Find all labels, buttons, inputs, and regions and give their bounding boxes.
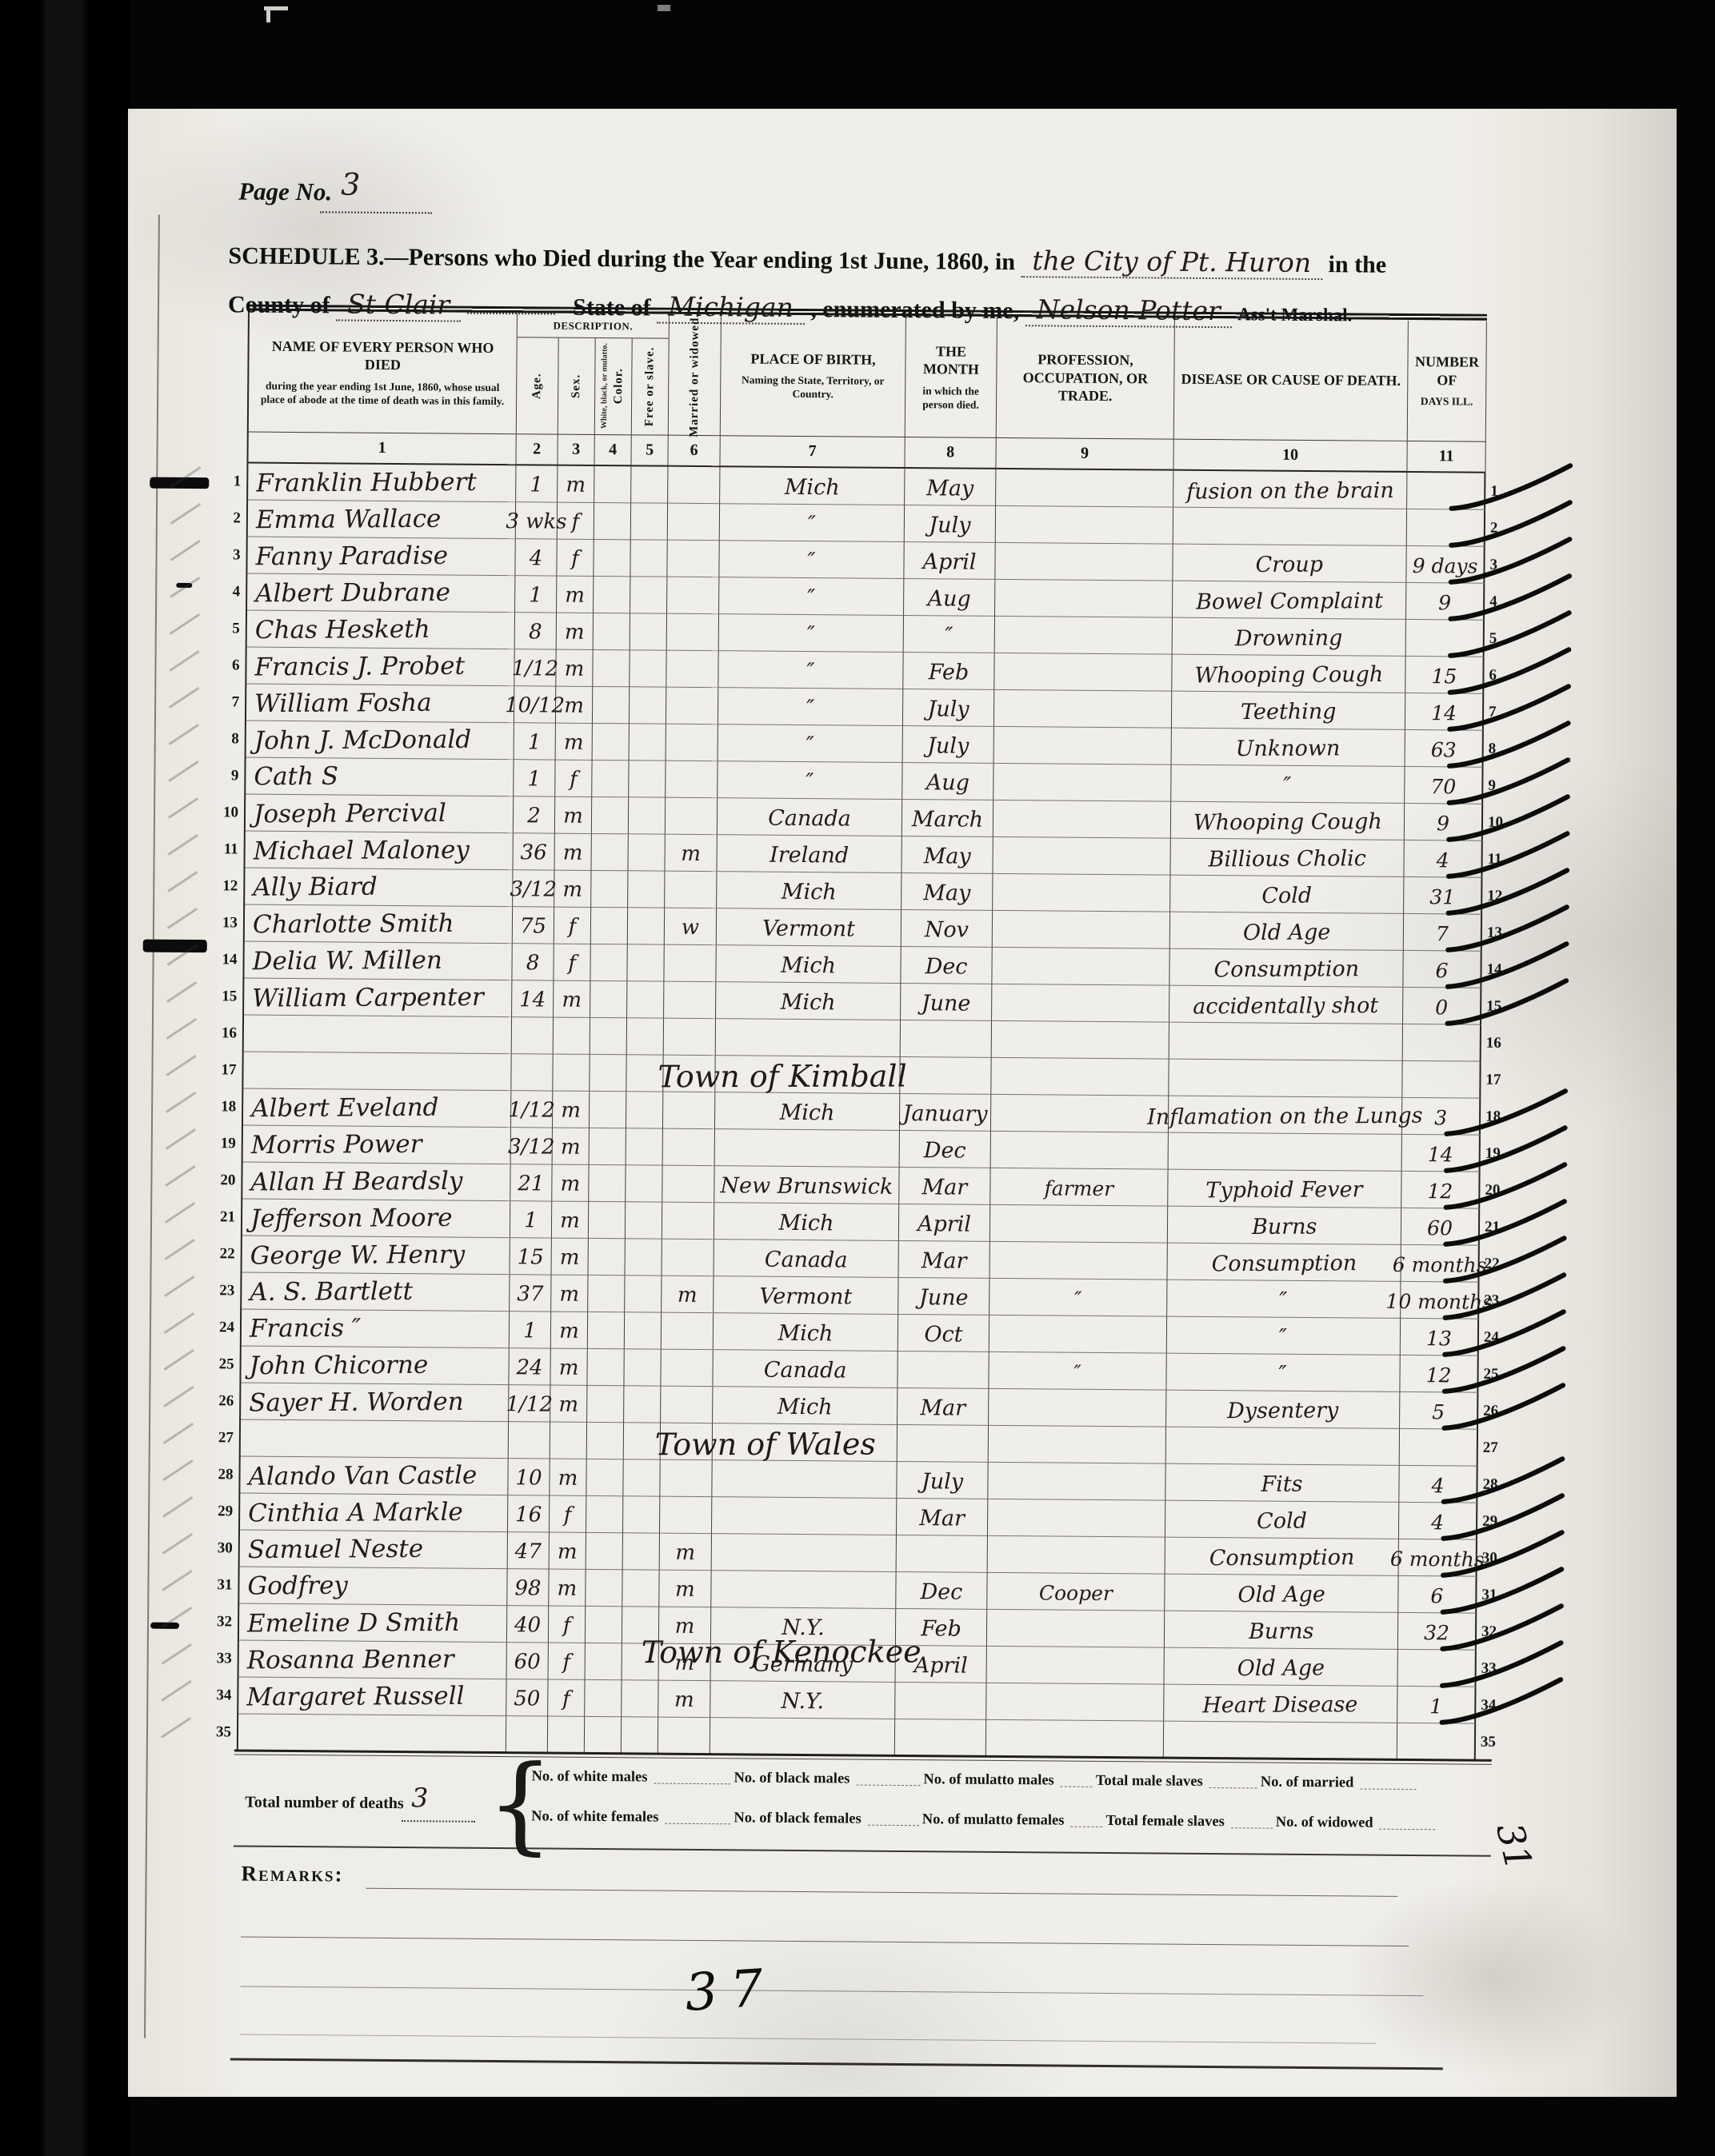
- row-number-right: 22: [1479, 1246, 1525, 1283]
- row-number-right: 2: [1485, 510, 1532, 547]
- totals-item: No. of married: [1261, 1775, 1354, 1792]
- cell-age: 1: [510, 1312, 551, 1348]
- margin-hatch-mark: [169, 724, 199, 745]
- value-disease: accidentally shot: [1193, 995, 1379, 1017]
- value-name: Franklin Hubbert: [256, 470, 477, 497]
- township-annotation: Town of Kenockee: [642, 1634, 1057, 1671]
- value-name: John J. McDonald: [254, 728, 472, 754]
- value-disease: Burns: [1249, 1620, 1314, 1642]
- cell-month: Mar: [897, 1388, 989, 1426]
- cell-days: 6: [1403, 951, 1481, 988]
- cell-age: 15: [510, 1238, 552, 1275]
- cell-married: [666, 725, 718, 762]
- margin-hatch-mark: [162, 1533, 193, 1555]
- row-number-right: 12: [1482, 878, 1529, 915]
- cell-birth: Canada: [714, 1240, 899, 1278]
- cell-occupation: [996, 469, 1173, 508]
- row-number-left: 6: [213, 647, 246, 684]
- margin-hatch-mark: [170, 577, 200, 598]
- cell-married: m: [660, 1534, 712, 1571]
- cell-days: 4: [1399, 1466, 1477, 1503]
- cell-age: 1: [515, 576, 557, 613]
- margin-hatch-mark: [167, 908, 198, 929]
- cell-color: [588, 1276, 625, 1312]
- column-header-main: Married or widowed.: [687, 313, 702, 437]
- row-number-left: 7: [213, 684, 246, 721]
- cell-disease: Heart Disease: [1164, 1685, 1397, 1723]
- cell-month: Dec: [901, 947, 992, 984]
- value-month: Aug: [926, 772, 969, 793]
- total-deaths-rule: [402, 1820, 475, 1823]
- margin-hatch-mark: [165, 1239, 195, 1260]
- schedule-title-end: in the: [1328, 251, 1386, 278]
- cell-sex: m: [557, 577, 594, 613]
- cell-name: A. S. Bartlett: [242, 1273, 510, 1312]
- margin-hatch-mark: [166, 1128, 196, 1150]
- row-number-right: 1: [1485, 473, 1532, 510]
- value-days: 14: [1428, 1144, 1453, 1164]
- value-name: William Carpenter: [252, 985, 484, 1012]
- row-number-right: 16: [1481, 1025, 1528, 1062]
- value-sex: m: [558, 1395, 578, 1415]
- column-header-main: THE MONTH: [910, 342, 991, 379]
- cell-free: [622, 1570, 659, 1607]
- cell-age: 14: [512, 980, 554, 1017]
- cell-occupation: [989, 1242, 1167, 1280]
- value-name: Emeline D Smith: [247, 1611, 460, 1637]
- cell-married: m: [659, 1571, 711, 1608]
- value-days: 5: [1432, 1402, 1445, 1422]
- page-no-rule: [320, 211, 432, 214]
- cell-birth: Mich: [714, 1313, 898, 1351]
- margin-hatch-mark: [169, 687, 199, 709]
- value-sex: f: [562, 1652, 570, 1673]
- value-sex: m: [563, 843, 583, 864]
- cell-age: 1: [516, 465, 558, 502]
- cell-color: [594, 466, 631, 503]
- cell-married: [661, 1350, 713, 1387]
- description-header: DESCRIPTION.: [518, 313, 670, 338]
- value-sex: f: [568, 953, 576, 974]
- cell-occupation: ″: [989, 1352, 1166, 1391]
- value-days: 9: [1438, 593, 1451, 613]
- cell-days: 9: [1406, 583, 1485, 621]
- cell-age: 60: [507, 1643, 549, 1679]
- row-number-left: 1: [214, 463, 248, 500]
- value-days: 10 months: [1385, 1292, 1493, 1312]
- value-month: Nov: [925, 919, 969, 940]
- cell-married: [666, 761, 718, 799]
- value-age: 1/12: [508, 1100, 555, 1120]
- township-annotation: Town of Wales: [655, 1426, 1071, 1463]
- cell-disease: Drowning: [1173, 618, 1406, 657]
- cell-name: John J. McDonald: [246, 721, 514, 761]
- value-sex: f: [570, 769, 578, 790]
- row-number-left: 22: [209, 1236, 242, 1272]
- cell-month: Mar: [897, 1499, 988, 1536]
- cell-month: Feb: [903, 653, 994, 690]
- value-days: 31: [1429, 887, 1455, 907]
- value-birth: Mich: [781, 955, 836, 977]
- cell-disease: Burns: [1165, 1611, 1398, 1650]
- row-number-right: 10: [1483, 805, 1529, 841]
- cell-disease: Inflamation on the Lungs: [1169, 1096, 1402, 1135]
- cell-sex: m: [550, 1349, 587, 1386]
- cell-color: [590, 981, 627, 1018]
- schedule-title-text: SCHEDULE 3.—Persons who Died during the …: [228, 242, 1015, 275]
- cell-free: [630, 613, 667, 650]
- totals-rule: [856, 1784, 920, 1787]
- cell-color: [589, 1202, 626, 1239]
- cell-married: [666, 798, 718, 836]
- cell-birth: [715, 1129, 900, 1168]
- cell-free: [628, 834, 665, 871]
- column-header-vertical: Sex.: [558, 338, 596, 434]
- cell-name: Jefferson Moore: [242, 1200, 510, 1239]
- value-occupation: ″: [1073, 1363, 1081, 1383]
- cell-disease: Fits: [1165, 1464, 1399, 1503]
- cell-age: 98: [507, 1569, 549, 1606]
- cell-occupation: [996, 506, 1173, 545]
- cell-disease: Consumption: [1167, 1244, 1401, 1282]
- margin-hatch-mark: [163, 1423, 194, 1444]
- value-occupation: Cooper: [1039, 1583, 1113, 1603]
- cell-sex: m: [554, 834, 591, 871]
- cell-days: 0: [1403, 988, 1481, 1025]
- cell-sex: m: [550, 1386, 587, 1423]
- row-number-left: 9: [212, 757, 246, 794]
- totals-item: No. of white males: [532, 1768, 648, 1786]
- cell-name: Joseph Percival: [246, 795, 514, 834]
- cell-sex: m: [556, 687, 593, 724]
- cell-disease: Old Age: [1170, 912, 1404, 951]
- cell-birth: Mich: [720, 467, 905, 505]
- cell-sex: m: [556, 650, 593, 687]
- schedule-place-value: the City of Pt. Huron: [1021, 245, 1322, 280]
- value-age: 36: [521, 842, 547, 863]
- cell-days: 4: [1399, 1503, 1477, 1540]
- cell-days: 12: [1400, 1355, 1478, 1393]
- value-age: 1/12: [506, 1394, 553, 1415]
- cell-occupation: [993, 801, 1171, 839]
- cell-color: [585, 1717, 622, 1754]
- row-number-right: 31: [1477, 1577, 1523, 1614]
- row-number-right: 28: [1477, 1467, 1524, 1503]
- cell-sex: m: [556, 724, 593, 761]
- cell-name: [238, 1715, 506, 1754]
- cell-birth: Vermont: [717, 908, 901, 947]
- cell-sex: m: [553, 1128, 590, 1165]
- value-birth: ″: [806, 661, 814, 682]
- cell-sex: m: [551, 1312, 588, 1349]
- row-number-right: 33: [1477, 1651, 1523, 1687]
- cell-sex: m: [552, 1165, 589, 1202]
- cell-birth: ″: [718, 651, 903, 689]
- value-birth: Vermont: [762, 918, 855, 940]
- value-disease: Cold: [1257, 1511, 1307, 1532]
- total-deaths-value: 3: [411, 1782, 428, 1813]
- margin-hatch-mark: [162, 1570, 192, 1591]
- value-disease: Cold: [1261, 885, 1312, 907]
- column-header-vertical: White, black, or mulatto.Color.: [595, 338, 633, 434]
- value-age: 15: [518, 1247, 544, 1268]
- cell-color: [593, 724, 630, 761]
- cell-disease: Consumption: [1165, 1538, 1399, 1576]
- column-header: DISEASE OR CAUSE OF DEATH.: [1174, 319, 1409, 441]
- value-days: 15: [1431, 666, 1457, 686]
- page-no-value: 3: [341, 166, 361, 202]
- cell-color: [594, 503, 631, 540]
- cell-free: [626, 1092, 663, 1128]
- value-sex: m: [561, 1100, 581, 1121]
- cell-age: 2: [514, 797, 555, 833]
- margin-hatch-mark: [166, 1018, 197, 1040]
- margin-hatch-mark: [167, 871, 198, 892]
- margin-hatch-mark: [165, 1202, 195, 1224]
- margin-hatch-mark: [170, 503, 201, 525]
- cell-occupation: [993, 837, 1170, 876]
- column-number: 8: [905, 437, 996, 469]
- cell-birth: Ireland: [717, 835, 901, 873]
- value-sex: m: [559, 1321, 579, 1342]
- cell-month: [901, 1020, 992, 1058]
- cell-days: [1397, 1723, 1476, 1761]
- cell-sex: m: [554, 981, 590, 1018]
- cell-color: [586, 1459, 623, 1496]
- value-month: July: [921, 1471, 963, 1492]
- cell-age: 3/12: [513, 870, 554, 907]
- value-disease: Dysentery: [1227, 1399, 1338, 1422]
- cell-married: [668, 467, 720, 505]
- cell-days: [1407, 473, 1485, 510]
- cell-month: Dec: [900, 1131, 991, 1168]
- column-number: 11: [1407, 441, 1485, 473]
- row-number-right: 9: [1483, 768, 1529, 805]
- row-number-right: 30: [1477, 1540, 1524, 1577]
- row-number-left: 11: [211, 831, 245, 868]
- cell-disease: [1173, 508, 1407, 546]
- value-month: June: [921, 992, 971, 1014]
- value-sex: m: [564, 733, 584, 753]
- value-age: 21: [518, 1173, 544, 1194]
- cell-free: [630, 650, 666, 687]
- column-header-main: Sex.: [570, 374, 583, 398]
- row-number-left: 5: [214, 610, 247, 647]
- value-name: Cinthia A Markle: [248, 1500, 463, 1527]
- cell-name: Charlotte Smith: [245, 905, 513, 944]
- value-month: Aug: [927, 588, 970, 609]
- cell-name: Francis ″: [242, 1310, 510, 1349]
- cell-occupation: [993, 911, 1170, 949]
- cell-name: Rosanna Benner: [239, 1641, 507, 1680]
- value-disease: Consumption: [1213, 958, 1359, 980]
- value-month: May: [926, 477, 973, 499]
- margin-hatch-mark: [168, 761, 198, 782]
- totals-rule: [1061, 1786, 1093, 1787]
- row-number-left: 29: [206, 1493, 240, 1530]
- row-number-right: 23: [1479, 1283, 1525, 1320]
- cell-disease: Dysentery: [1166, 1391, 1400, 1429]
- cell-month: Aug: [902, 763, 993, 801]
- cell-free: [630, 577, 667, 613]
- value-month: April: [922, 551, 976, 573]
- row-number-left: 31: [206, 1567, 239, 1603]
- cell-occupation: [986, 1720, 1164, 1759]
- document-content: Page No. 3 SCHEDULE 3.—Persons who Died …: [119, 102, 1683, 2102]
- cell-age: [512, 1017, 554, 1054]
- cell-color: [590, 944, 627, 981]
- value-disease: Whooping Cough: [1193, 811, 1382, 833]
- cell-color: [594, 577, 630, 613]
- cell-birth: [712, 1497, 897, 1535]
- value-disease: Old Age: [1243, 921, 1331, 944]
- cell-free: [626, 1165, 662, 1202]
- cell-married: [668, 504, 720, 541]
- value-month: ″: [945, 625, 953, 646]
- page-no-label: Page No.: [238, 177, 332, 206]
- cell-married: [667, 577, 719, 615]
- value-occupation: ″: [1074, 1289, 1082, 1309]
- cell-name: Francis J. Probet: [246, 648, 514, 687]
- cell-free: [627, 944, 664, 981]
- row-number-left: 28: [206, 1456, 240, 1493]
- value-sex: m: [562, 990, 582, 1011]
- value-age: 1: [528, 732, 542, 753]
- cell-color: [594, 613, 630, 650]
- row-number-left: 15: [210, 978, 244, 1015]
- cell-month: May: [901, 873, 993, 911]
- cell-sex: f: [554, 944, 590, 981]
- cell-sex: m: [550, 1533, 586, 1570]
- cell-color: [592, 797, 629, 834]
- cell-age: 10/12: [514, 686, 556, 723]
- cell-birth: Mich: [716, 982, 901, 1020]
- cell-married: m: [662, 1276, 714, 1314]
- value-disease: ″: [1280, 1290, 1288, 1312]
- cell-free: [627, 1018, 664, 1055]
- cell-birth: New Brunswick: [714, 1166, 899, 1204]
- cell-free: [623, 1496, 660, 1533]
- totals-item: No. of black females: [734, 1810, 861, 1827]
- cell-color: [586, 1607, 622, 1643]
- cell-disease: [1164, 1722, 1397, 1760]
- document-sheet: Page No. 3 SCHEDULE 3.—Persons who Died …: [128, 109, 1677, 2097]
- cell-color: [587, 1349, 624, 1386]
- cell-occupation: [992, 1021, 1169, 1060]
- value-month: March: [912, 808, 983, 831]
- value-age: 60: [514, 1651, 541, 1672]
- cell-age: 16: [508, 1495, 550, 1532]
- column-header-sub: White, black, or mulatto.: [601, 343, 613, 429]
- value-month: January: [903, 1103, 988, 1125]
- cell-month: March: [902, 800, 993, 837]
- cell-occupation: [993, 764, 1171, 802]
- totals-section: Total number of deaths 3 { No. of white …: [234, 1749, 1492, 1856]
- margin-hatch-mark: [164, 1312, 194, 1334]
- value-month: Dec: [920, 1581, 962, 1603]
- cell-free: [630, 687, 666, 724]
- value-name: Joseph Percival: [254, 801, 446, 827]
- cell-days: 60: [1401, 1208, 1480, 1246]
- film-scratch: [266, 6, 270, 22]
- column-header-sub: Naming the State, Territory, or Country.: [726, 374, 900, 402]
- cell-married: [663, 1129, 715, 1167]
- cell-disease: [1166, 1427, 1400, 1466]
- cell-color: [590, 1055, 626, 1092]
- cell-occupation: [991, 1132, 1169, 1170]
- cell-name: Chas Hesketh: [247, 611, 515, 650]
- column-header-main: NUMBER OF: [1413, 353, 1481, 389]
- cell-month: June: [901, 984, 992, 1021]
- cell-days: 9: [1405, 804, 1483, 841]
- value-age: 47: [515, 1541, 542, 1562]
- row-number-left: 3: [214, 537, 247, 573]
- value-birth: ″: [807, 587, 815, 609]
- cell-sex: m: [554, 871, 591, 908]
- row-number-left: 8: [213, 721, 246, 757]
- cell-sex: f: [558, 503, 594, 540]
- film-scratch: [658, 5, 670, 11]
- value-name: Albert Eveland: [251, 1096, 439, 1121]
- cell-disease: Billious Cholic: [1170, 839, 1404, 877]
- value-days: 6 months: [1390, 1549, 1485, 1570]
- value-birth: Mich: [778, 1323, 833, 1345]
- value-name: Morris Power: [251, 1132, 422, 1158]
- cell-birth: [716, 1019, 901, 1057]
- value-disease: Teething: [1241, 701, 1337, 723]
- cell-occupation: [988, 1463, 1165, 1501]
- cell-name: [244, 1016, 512, 1055]
- cell-name: Cinthia A Markle: [240, 1494, 508, 1533]
- value-age: 1: [523, 1320, 537, 1341]
- cell-birth: [712, 1460, 897, 1499]
- row-number-left: 19: [210, 1125, 243, 1162]
- cell-birth: [711, 1571, 896, 1609]
- cell-free: [622, 1717, 658, 1754]
- totals-rule: [868, 1824, 919, 1827]
- cell-month: Mar: [899, 1168, 990, 1205]
- cell-days: 4: [1404, 840, 1482, 878]
- cell-days: 14: [1402, 1135, 1481, 1172]
- value-name: Godfrey: [247, 1574, 348, 1599]
- cell-married: m: [665, 835, 717, 872]
- value-days: 63: [1431, 740, 1457, 760]
- value-sex: f: [562, 1689, 570, 1710]
- cell-free: [630, 540, 667, 577]
- cell-disease: ″: [1171, 765, 1405, 804]
- cell-age: [509, 1422, 550, 1459]
- cell-disease: Old Age: [1165, 1575, 1398, 1613]
- column-header-main: NAME OF EVERY PERSON WHO DIED: [254, 337, 511, 375]
- row-number-right: 27: [1478, 1430, 1525, 1467]
- cell-days: 5: [1400, 1392, 1478, 1430]
- totals-rule: [1209, 1787, 1257, 1788]
- value-month: Dec: [924, 1140, 966, 1161]
- cell-age: 1/12: [514, 649, 556, 686]
- cell-color: [586, 1643, 622, 1680]
- value-disease: ″: [1284, 775, 1292, 797]
- value-birth: N.Y.: [782, 1691, 825, 1712]
- value-age: 2: [527, 805, 541, 826]
- value-married: m: [674, 1690, 694, 1711]
- cell-month: July: [905, 505, 996, 543]
- cell-disease: [1169, 1023, 1403, 1061]
- cell-age: 8: [512, 944, 554, 980]
- cell-days: 70: [1405, 767, 1483, 805]
- cell-free: [626, 1239, 662, 1276]
- value-occupation: farmer: [1045, 1178, 1114, 1199]
- cell-married: [662, 1313, 714, 1351]
